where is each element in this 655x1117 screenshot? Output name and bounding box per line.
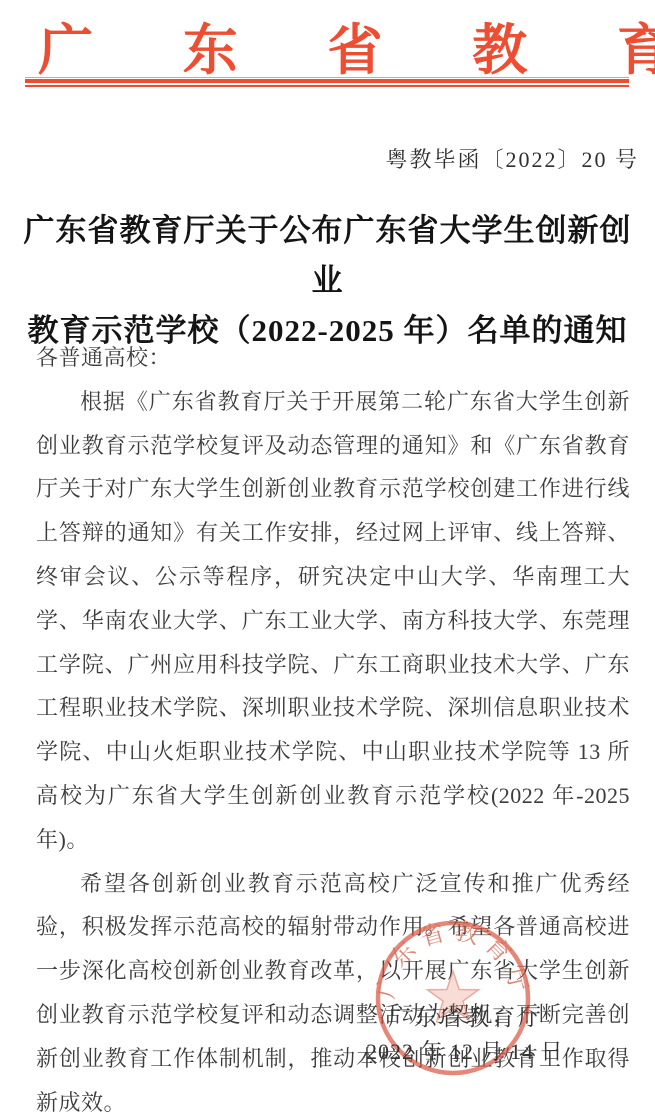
body-paragraph-2: 希望各创新创业教育示范高校广泛宣传和推广优秀经验，积极发挥示范高校的辐射带动作用… [36,862,630,1117]
issuer-signature: 广东省教育厅 [388,999,544,1032]
letterhead-org-name: 广 东 省 教 育 厅 [0,6,655,85]
letterhead-divider-rule [25,77,629,87]
issue-date: 2022 年 12 月 14 日 [366,1035,564,1066]
rule-thin-top [25,77,629,78]
body-paragraph-1: 根据《广东省教育厅关于开展第二轮广东省大学生创新创业教育示范学校复评及动态管理的… [36,380,630,862]
document-number: 粤教毕函〔2022〕20 号 [385,143,639,174]
official-document-page: 广 东 省 教 育 厅 粤教毕函〔2022〕20 号 广东省教育厅关于公布广东省… [0,0,655,1117]
rule-thin-bottom [25,85,629,87]
salutation: 各普通高校： [36,336,630,380]
document-title: 广东省教育厅关于公布广东省大学生创新创业 教育示范学校（2022-2025 年）… [20,206,635,356]
document-title-line1: 广东省教育厅关于公布广东省大学生创新创业 [20,206,635,306]
